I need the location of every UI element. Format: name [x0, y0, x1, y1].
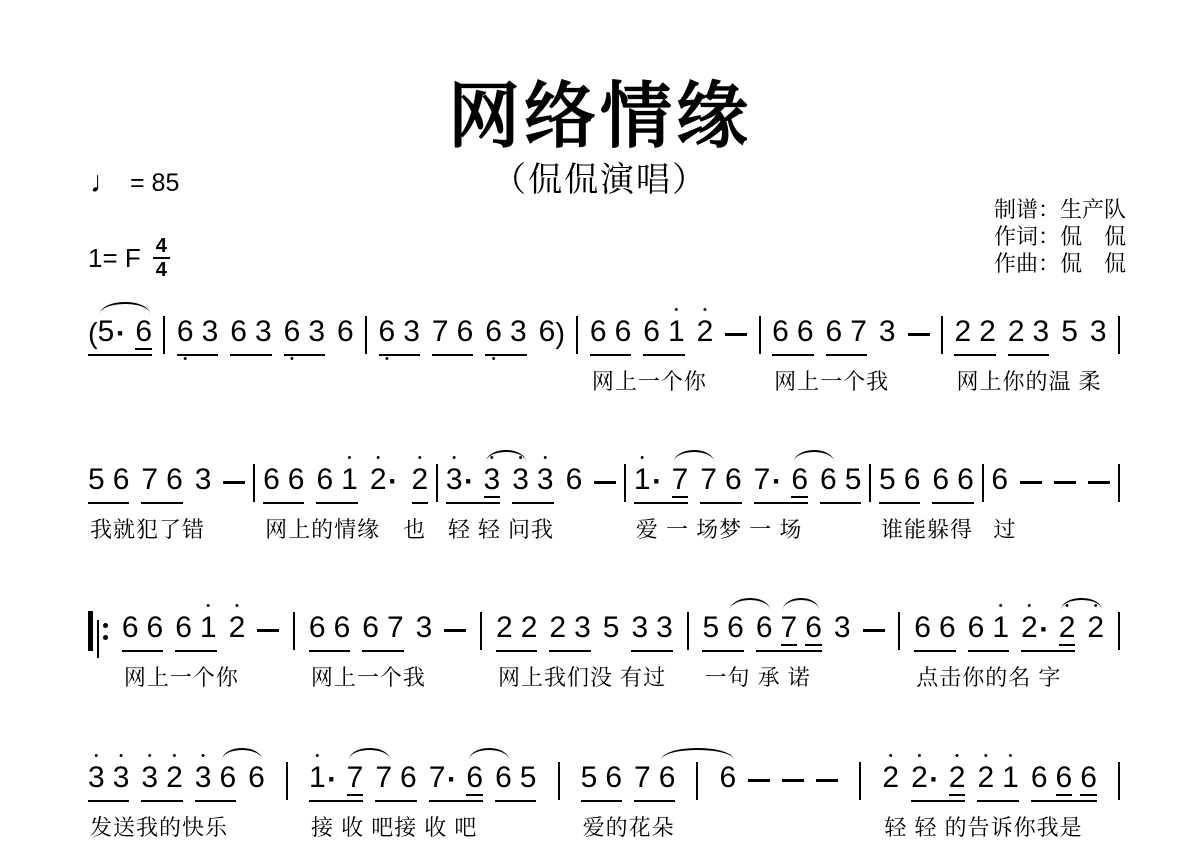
barline [898, 612, 900, 650]
note-digit: 6 [820, 464, 837, 498]
measure: 66612网上一个你 [590, 300, 747, 396]
beam-group: 76 [634, 762, 675, 802]
note-digit: 6 [791, 464, 808, 498]
note: 6 [791, 464, 808, 498]
repeat-sign [88, 611, 108, 651]
measure: 6过 [991, 448, 1110, 544]
note-digit: 6 [957, 464, 974, 498]
note: 6 [772, 316, 789, 350]
note-digit: 6 [219, 762, 236, 796]
note: 1 [341, 464, 358, 498]
note: 2 [977, 762, 994, 796]
dash-bar [1054, 481, 1076, 484]
note-digit: 2 [496, 612, 513, 646]
note-digit: 5 [603, 612, 620, 646]
note: 6 [1031, 762, 1048, 796]
note: 6 [379, 316, 396, 350]
note-digit: 7 [850, 316, 867, 350]
note: 6 [957, 464, 974, 498]
measure: (5·6 [88, 300, 152, 391]
note: 6 [219, 762, 236, 796]
beam-group: 7·6 [754, 464, 808, 504]
lyric-line [177, 365, 179, 391]
measure-notes: 3·3336 [446, 448, 616, 504]
note-digit: 5 [1061, 316, 1078, 350]
note-digit: 6 [457, 316, 474, 350]
dash-note [444, 614, 466, 646]
beam-group: 2 [697, 316, 714, 356]
note: 3 [512, 464, 529, 498]
barline [696, 762, 698, 800]
beam-group: (5·6 [88, 316, 152, 356]
note-digit: 2 [166, 762, 183, 796]
measure-notes: 1·7767·665 [634, 448, 862, 504]
measure-notes: 66673 [772, 300, 929, 356]
note: 6 [725, 464, 742, 498]
note: 6 [939, 612, 956, 646]
note: 7 [700, 464, 717, 498]
lyric-line: 网上一个你 [122, 661, 239, 692]
note-digit: 3 [1090, 316, 1107, 350]
note-digit: 3 [484, 464, 501, 498]
note-digit: 2 [1021, 612, 1038, 646]
note: 2 [166, 762, 183, 796]
credit-lyricist: 作词：侃 侃 [994, 223, 1126, 250]
beam-group: 56 [702, 612, 743, 652]
note: 6 [362, 612, 379, 646]
lyric-line: 网上你的温 柔 [954, 365, 1101, 396]
note: 2 [882, 762, 899, 796]
note-digit: 1 [200, 612, 217, 646]
note-digit: 6 [495, 762, 512, 796]
key-signature: 1= F 4 4 [88, 236, 170, 280]
note: 6 [316, 464, 333, 498]
note-digit: 2 [1087, 612, 1104, 646]
note: 2 [412, 464, 429, 498]
note-digit: 3 [834, 612, 851, 646]
note-digit: 3 [510, 316, 527, 350]
dash-note [725, 318, 747, 350]
measure-notes: 6 [720, 746, 839, 802]
note-digit: 5 [88, 464, 105, 498]
barline [286, 762, 288, 800]
note: 6 [566, 464, 583, 498]
note-digit: 6 [725, 464, 742, 498]
note: 5 [88, 464, 105, 498]
note-digit: 7 [634, 762, 651, 796]
system-3: 66612网上一个你66673网上一个我2223533网上我们没 有过56676… [88, 596, 1120, 692]
beam-group: 6 [566, 464, 583, 504]
note: 1 [992, 612, 1009, 646]
note: 6 [659, 762, 676, 796]
note: 2 [1087, 612, 1104, 646]
measure-notes: 3332366 [88, 746, 265, 802]
measure-notes: 6 [991, 448, 1110, 504]
barline [869, 464, 871, 502]
barline [480, 612, 482, 650]
dash-bar [444, 629, 466, 632]
song-subtitle: （侃侃演唱） [0, 152, 1200, 201]
note: 2 [496, 612, 513, 646]
note-digit: 5 [98, 316, 115, 350]
beam-group: 3 [195, 464, 212, 504]
beam-group: 676 [756, 612, 822, 652]
note-digit: 6 [659, 762, 676, 796]
note: 6 [991, 464, 1008, 498]
beam-group: 63 [284, 316, 325, 356]
measure: 566763一句 承 诺 [702, 596, 884, 692]
measure-notes: 5666 [879, 448, 974, 504]
note-digit: 6 [379, 316, 396, 350]
beam-group: 22 [496, 612, 537, 652]
beam-group: 2 [1087, 612, 1104, 652]
note: 3 [537, 464, 554, 498]
beam-group: 23 [1008, 316, 1049, 356]
note-digit: 5 [879, 464, 896, 498]
note-digit: 7 [141, 464, 158, 498]
note: 1 [668, 316, 685, 350]
note: 7 [850, 316, 867, 350]
note-digit: 7 [781, 612, 798, 646]
note-digit: 6 [337, 316, 354, 350]
note: 3 [113, 762, 130, 796]
note: 6 [485, 316, 502, 350]
note-digit: 6 [939, 612, 956, 646]
dash-bar [1020, 481, 1042, 484]
beam-group: 2·2 [911, 762, 965, 802]
note-digit: 2 [549, 612, 566, 646]
song-title: 网络情缘 [0, 58, 1200, 162]
lyric-line: 网上一个我 [772, 365, 889, 396]
note: 6 [113, 464, 130, 498]
note-digit: 6 [797, 316, 814, 350]
note-digit: 2 [412, 464, 429, 498]
dash-note [782, 764, 804, 796]
note-digit: 7 [387, 612, 404, 646]
note-digit: 6 [914, 612, 931, 646]
dash-note [748, 764, 770, 796]
note: 3 [574, 612, 591, 646]
note: 6 [820, 464, 837, 498]
system-4: 3332366发送我的快乐1·7767·665接 收 吧接 收 吧5676爱的花… [88, 746, 1120, 842]
note: 6 [1080, 762, 1097, 796]
note-digit: 1 [341, 464, 358, 498]
note-digit: 6 [727, 612, 744, 646]
system-2: 56763我就犯了错66612·2网上的情缘 也3·3336轻 轻 问我1·77… [88, 448, 1120, 544]
dash-bar [257, 629, 279, 632]
dash-bar [594, 481, 616, 484]
note-digit: 6 [263, 464, 280, 498]
note-digit: 7 [432, 316, 449, 350]
note-digit: 6 [177, 316, 194, 350]
note: 6 [175, 612, 192, 646]
note: 5 [845, 464, 862, 498]
note-digit: 7 [700, 464, 717, 498]
note: 3 [195, 762, 212, 796]
repeat-thick-bar [88, 611, 93, 651]
note-digit: 7 [347, 762, 364, 796]
note: 7 [672, 464, 689, 498]
beam-group: 66 [263, 464, 304, 504]
note: 3 [202, 316, 219, 350]
beam-group: 63 [379, 316, 420, 356]
note-digit: 5 [520, 762, 537, 796]
note-digit: 6 [175, 612, 192, 646]
barline [859, 762, 861, 800]
note: 3 [308, 316, 325, 350]
note: 6 [914, 612, 931, 646]
note: 6 [756, 612, 773, 646]
lyric-line: 一句 承 诺 [702, 661, 810, 692]
beam-group: 6 [720, 762, 737, 802]
lyric-line: 过 [991, 513, 1016, 544]
dash-note [257, 614, 279, 646]
beam-group: 33 [631, 612, 672, 652]
measure-notes: 6376636) [379, 300, 565, 356]
note-digit: 6 [720, 762, 737, 796]
note-digit: 6 [932, 464, 949, 498]
note-digit: 6 [316, 464, 333, 498]
barline [97, 620, 99, 658]
note-digit: 7 [375, 762, 392, 796]
beam-group: 6 [991, 464, 1008, 504]
note-digit: 2 [979, 316, 996, 350]
measure: 5666谁能躲得 [879, 448, 974, 544]
beam-group: 66 [309, 612, 350, 652]
lyric-line: 爱的花朵 [581, 811, 675, 842]
measure: 22·221666轻 轻 的告诉你我是 [882, 746, 1097, 842]
beam-group: 6) [539, 316, 565, 356]
beam-group: 2·2 [1021, 612, 1075, 652]
credit-composer: 作曲：侃 侃 [994, 250, 1126, 277]
note-digit: 3 [113, 762, 130, 796]
dash-note [594, 466, 616, 498]
note: 6 [904, 464, 921, 498]
dash-bar [725, 333, 747, 336]
credit-arranger: 制谱：生产队 [994, 196, 1126, 223]
beam-group: 66 [122, 612, 163, 652]
note-digit: 6 [904, 464, 921, 498]
lyric-line: 我就犯了错 [88, 513, 205, 544]
note-digit: 2 [954, 316, 971, 350]
note-digit: 3 [202, 316, 219, 350]
beam-group: 6 [337, 316, 354, 356]
note: 2 [1059, 612, 1076, 646]
barline [982, 464, 984, 502]
barline [365, 316, 367, 354]
note: 2 [1008, 316, 1025, 350]
tempo-value: = 85 [130, 169, 179, 198]
beam-group: 5 [1061, 316, 1078, 356]
measure-notes: 66612·22 [914, 596, 1104, 652]
beam-group: 2· [370, 464, 400, 504]
beam-group: 56 [879, 464, 920, 504]
note: 6 [495, 762, 512, 796]
note: 3· [446, 464, 476, 498]
lyric-line: 网上一个你 [590, 365, 707, 396]
beam-group: 65 [820, 464, 861, 504]
measure-notes: 2223533 [496, 596, 673, 652]
dash-note [1054, 466, 1076, 498]
note-digit: 6 [466, 762, 483, 796]
beam-group: 67 [362, 612, 403, 652]
system-1: (5·663636366376636)66612网上一个你66673网上一个我2… [88, 300, 1120, 396]
note-digit: 6 [288, 464, 305, 498]
lyric-line [720, 811, 722, 837]
repeat-dot [103, 623, 108, 628]
beam-group: 3·3 [446, 464, 500, 504]
measure-notes: (5·6 [88, 300, 152, 356]
note-digit: 5 [581, 762, 598, 796]
measure: 66673网上一个我 [309, 596, 466, 692]
beam-group: 61 [643, 316, 684, 356]
note: 6 [720, 762, 737, 796]
beam-group: 76 [700, 464, 741, 504]
beam-group: 66 [932, 464, 973, 504]
augmentation-dot: · [326, 764, 339, 796]
note-digit: 6 [566, 464, 583, 498]
lyric-line: 网上的情缘 也 [263, 513, 426, 544]
note: 6 [147, 612, 164, 646]
barline [941, 316, 943, 354]
barline [576, 316, 578, 354]
note: 6 [135, 316, 152, 350]
note: 2· [370, 464, 400, 498]
note: 6 [615, 316, 632, 350]
dash-note [1020, 466, 1042, 498]
beam-group: 63 [230, 316, 271, 356]
note: 6 [727, 612, 744, 646]
beam-group: 56 [581, 762, 622, 802]
dash-note [223, 466, 245, 498]
note-digit: 6 [284, 316, 301, 350]
note: 2 [521, 612, 538, 646]
measure-notes: 56763 [88, 448, 245, 504]
lyric-line: 发送我的快乐 [88, 811, 228, 842]
note-digit: 3 [631, 612, 648, 646]
note: 6 [932, 464, 949, 498]
note: 1· [634, 464, 664, 498]
quarter-note-icon: ♩ [90, 168, 120, 198]
beam-group: 61 [175, 612, 216, 652]
dash-note [863, 614, 885, 646]
beam-group: 666 [1031, 762, 1097, 802]
note-digit: 6 [590, 316, 607, 350]
note-digit: 3 [403, 316, 420, 350]
note: 5 [1061, 316, 1078, 350]
note-digit: 6 [1080, 762, 1097, 796]
barline [1118, 316, 1120, 354]
note: 6 [797, 316, 814, 350]
note: 6 [122, 612, 139, 646]
note: 6 [805, 612, 822, 646]
note-digit: 7 [429, 762, 446, 796]
beam-group: 66 [914, 612, 955, 652]
measure: 66612·2网上的情缘 也 [263, 448, 428, 544]
note-digit: 2 [1008, 316, 1025, 350]
lyric-line: 点击你的名 字 [914, 661, 1061, 692]
note: 2 [229, 612, 246, 646]
note: 1 [200, 612, 217, 646]
measure-notes: 66673 [309, 596, 466, 652]
note: 3 [510, 316, 527, 350]
augmentation-dot: · [928, 764, 941, 796]
note-digit: 2 [229, 612, 246, 646]
note-digit: 6 [248, 762, 265, 796]
augmentation-dot: · [463, 466, 476, 498]
note: 5 [520, 762, 537, 796]
repeat-dot [103, 635, 108, 640]
note-digit: 7 [672, 464, 689, 498]
open-paren: ( [88, 318, 98, 350]
note-digit: 6 [334, 612, 351, 646]
note-digit: 1 [668, 316, 685, 350]
note: 6 [248, 762, 265, 796]
note-digit: 6 [539, 316, 556, 350]
note: 3 [88, 762, 105, 796]
note: 1· [309, 762, 339, 796]
note-digit: 1 [992, 612, 1009, 646]
note-digit: 3 [255, 316, 272, 350]
beam-group: 65 [495, 762, 536, 802]
beam-group: 2 [229, 612, 246, 652]
note: 6) [539, 316, 565, 350]
measure: 3·3336轻 轻 问我 [446, 448, 616, 544]
note: 6 [400, 762, 417, 796]
beam-group: 63 [177, 316, 218, 356]
note: (5· [88, 316, 127, 350]
time-signature-numerator: 4 [153, 236, 170, 259]
dash-bar [748, 779, 770, 782]
dash-note [1088, 466, 1110, 498]
note: 3 [656, 612, 673, 646]
dash-bar [816, 779, 838, 782]
measure-notes: 1·7767·665 [309, 746, 537, 802]
note: 7· [754, 464, 784, 498]
beam-group: 6 [248, 762, 265, 802]
note: 7 [781, 612, 798, 646]
note: 2· [1021, 612, 1051, 646]
beam-group: 21 [977, 762, 1018, 802]
note: 6 [309, 612, 326, 646]
note-digit: 6 [1056, 762, 1073, 796]
measure: 6376636) [379, 300, 565, 391]
beam-group: 61 [316, 464, 357, 504]
beam-group: 66 [772, 316, 813, 356]
measure: 2223533网上我们没 有过 [496, 596, 673, 692]
time-signature-denominator: 4 [156, 259, 167, 280]
note: 7 [141, 464, 158, 498]
note: 7 [387, 612, 404, 646]
note: 6 [177, 316, 194, 350]
note-digit: 6 [756, 612, 773, 646]
measure: 6 [720, 746, 839, 837]
dash-bar [223, 481, 245, 484]
note: 5 [702, 612, 719, 646]
note-digit: 3 [656, 612, 673, 646]
measure-notes: 66612 [122, 596, 279, 652]
augmentation-dot: · [387, 466, 400, 498]
beam-group: 76 [375, 762, 416, 802]
note-digit: 3 [195, 762, 212, 796]
measure: 222353网上你的温 柔 [954, 300, 1106, 396]
note-digit: 6 [166, 464, 183, 498]
barline [436, 464, 438, 502]
beam-group: 76 [432, 316, 473, 356]
note-digit: 1 [634, 464, 651, 498]
note: 7 [634, 762, 651, 796]
measure-notes: 5676 [581, 746, 676, 802]
